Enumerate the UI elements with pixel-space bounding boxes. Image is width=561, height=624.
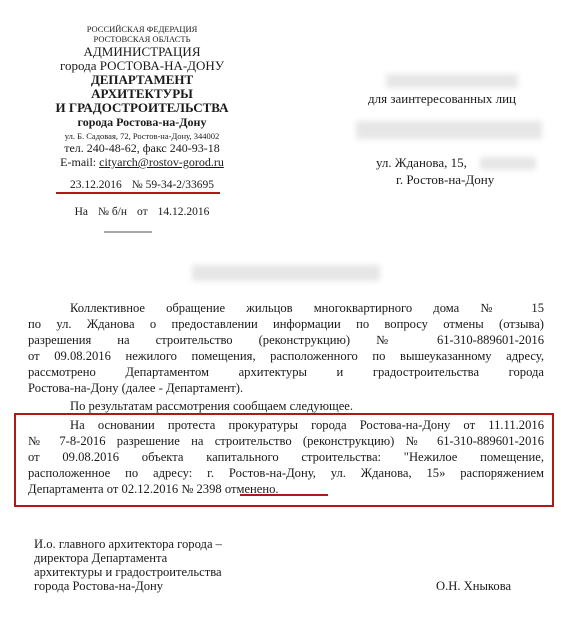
- signatory-name: О.Н. Хныкова: [436, 579, 511, 593]
- letterhead-dept-3: И ГРАДОСТРОИТЕЛЬСТВА: [0, 100, 284, 115]
- redacted-apartment: [480, 157, 536, 170]
- body-line: Ростова-на-Дону (далее - Департамент).: [28, 380, 544, 396]
- cancelled-underline-highlight: [240, 494, 328, 496]
- signature-title-line: архитектуры и градостроительства: [34, 565, 222, 579]
- redacted-recipient-detail: [356, 121, 542, 139]
- highlighted-paragraph: На основании протеста прокуратуры города…: [28, 417, 544, 497]
- body-paragraph-1: Коллективное обращение жильцов многоквар…: [28, 300, 544, 396]
- letterhead-administration: АДМИНИСТРАЦИЯ: [0, 45, 284, 59]
- email-link[interactable]: cityarch@rostov-gorod.ru: [99, 155, 224, 169]
- outgoing-number: № 59-34-2/33695: [132, 179, 214, 191]
- body-paragraph-2: По результатам рассмотрения сообщаем сле…: [28, 398, 544, 414]
- highlighted-line: На основании протеста прокуратуры города…: [28, 417, 544, 433]
- outgoing-underline-highlight: [56, 192, 220, 194]
- recipient-line: для заинтересованных лиц: [368, 91, 516, 107]
- letterhead-dept-city: города Ростова-на-Дону: [0, 115, 284, 129]
- redacted-salutation: [192, 265, 380, 281]
- letterhead-city: города РОСТОВА-НА-ДОНУ: [0, 59, 284, 73]
- reply-date: 14.12.2016: [158, 206, 210, 218]
- body-line: по ул. Жданова о предоставлении информац…: [28, 316, 544, 332]
- recipient-city: г. Ростов-на-Дону: [396, 172, 494, 188]
- highlighted-line: № 7-8-2016 разрешение на строительство (…: [28, 433, 544, 449]
- highlighted-line: от 09.08.2016 объекта капитального строи…: [28, 449, 544, 465]
- body-line: рассмотрено Департаментом архитектуры и …: [28, 364, 544, 380]
- highlighted-last-prefix: Департамента от 02.12.2016 № 239: [28, 482, 215, 496]
- signature-title-line: директора Департамента: [34, 551, 167, 565]
- separator-line: [104, 231, 152, 233]
- body-line: Коллективное обращение жильцов многоквар…: [28, 300, 544, 316]
- body-line: разрешения на строительство (реконструкц…: [28, 332, 544, 348]
- letterhead-email-row: E-mail: cityarch@rostov-gorod.ru: [0, 155, 284, 169]
- reply-from: от: [137, 206, 148, 218]
- letterhead-phone: тел. 240-48-62, факс 240-93-18: [0, 141, 284, 155]
- reply-reference: На№ б/нот14.12.2016: [0, 205, 284, 219]
- signature-title-line: И.о. главного архитектора города –: [34, 537, 222, 551]
- recipient-street: ул. Жданова, 15,: [376, 155, 467, 171]
- letterhead-dept-2: АРХИТЕКТУРЫ: [0, 86, 284, 101]
- letterhead-dept-1: ДЕПАРТАМЕНТ: [0, 72, 284, 87]
- signature-title-line: города Ростова-на-Дону: [34, 579, 163, 593]
- body-line: По результатам рассмотрения сообщаем сле…: [70, 398, 544, 414]
- outgoing-date: 23.12.2016: [70, 179, 122, 191]
- reply-number: № б/н: [98, 206, 127, 218]
- body-line: от 09.08.2016 нежилого помещения, распол…: [28, 348, 544, 364]
- email-label: E-mail:: [60, 155, 99, 169]
- reply-prefix: На: [75, 206, 88, 218]
- outgoing-reference: 23.12.2016№ 59-34-2/33695: [0, 178, 284, 192]
- highlighted-line: расположенное по адресу: г. Ростов-на-До…: [28, 465, 544, 481]
- redacted-recipient-name: [386, 74, 518, 88]
